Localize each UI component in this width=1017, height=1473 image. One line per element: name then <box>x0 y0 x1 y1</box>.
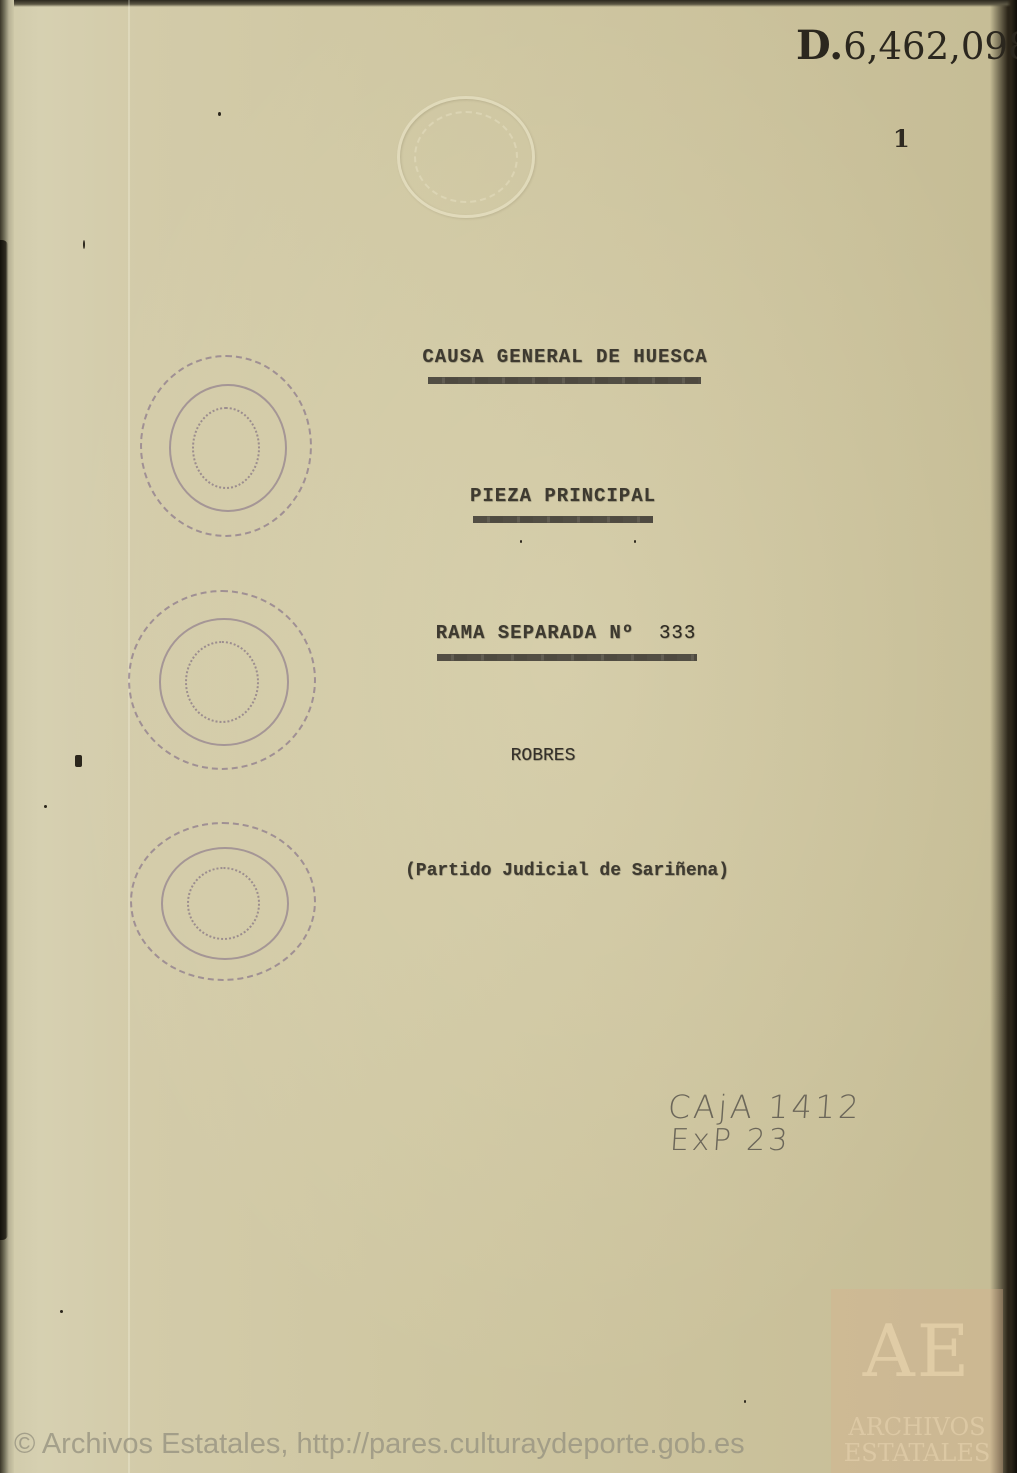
ink-stamp-icon <box>128 590 316 770</box>
paper-speck <box>83 240 85 249</box>
paper-speck <box>60 1310 63 1313</box>
archive-watermark: AE ARCHIVOS ESTATALES <box>831 1289 1003 1473</box>
folio-number: 1 <box>893 124 910 153</box>
paper-speck <box>634 540 636 543</box>
handwritten-box-note: CAjA 1412 <box>667 1088 863 1126</box>
paper-speck <box>218 112 221 116</box>
watermark-line-1: ARCHIVOS <box>831 1413 1003 1441</box>
locality: ROBRES <box>511 746 576 766</box>
binding-shadow <box>0 240 8 1240</box>
top-edge <box>14 0 1017 7</box>
title-underline <box>428 377 701 384</box>
branch-label: RAMA SEPARADA Nº <box>436 622 634 644</box>
embossed-seal-icon <box>397 96 535 218</box>
reference-number: 6,462,098 <box>843 25 1017 68</box>
handwritten-file-note: ExP 23 <box>669 1123 792 1158</box>
document-title: CAUSA GENERAL DE HUESCA <box>422 346 707 368</box>
section-underline <box>473 516 653 523</box>
archive-logo-icon: AE <box>831 1309 1003 1393</box>
copyright-notice: © Archivos Estatales, http://pares.cultu… <box>14 1428 745 1461</box>
document-page: D.6,462,098 1 CAUSA GENERAL DE HUESCA PI… <box>0 0 1017 1473</box>
reference-code: D.6,462,098 <box>796 22 1017 69</box>
paper-tear <box>75 755 82 767</box>
branch-underline <box>437 654 697 661</box>
fold-line <box>128 0 130 1473</box>
section-heading: PIEZA PRINCIPAL <box>470 485 656 507</box>
right-edge <box>1007 0 1017 1473</box>
branch-heading: RAMA SEPARADA Nº 333 <box>436 622 696 644</box>
paper-speck <box>44 805 47 808</box>
judicial-district: (Partido Judicial de Sariñena) <box>405 861 729 881</box>
branch-number: 333 <box>659 622 696 644</box>
ink-stamp-icon <box>140 355 312 537</box>
ink-stamp-icon <box>130 822 316 981</box>
paper-speck <box>744 1400 746 1403</box>
watermark-line-2: ESTATALES <box>831 1439 1003 1467</box>
reference-prefix: D. <box>796 22 843 69</box>
paper-speck <box>520 540 522 543</box>
